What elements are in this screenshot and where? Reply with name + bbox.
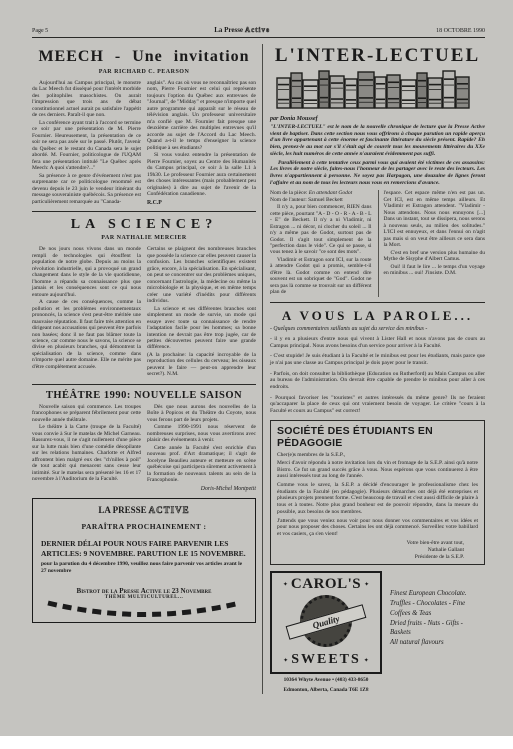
paragraph: La science et ses différentes branches s… <box>147 306 256 351</box>
article-theatre: THÉÂTRE 1990: NOUVELLE SAISON Nouvelle s… <box>32 390 256 492</box>
books-row-graphic-icon <box>276 69 480 109</box>
science-headline: LA SCIENCE? <box>32 217 256 233</box>
comment-paragraph: - il y en a plusieurs d'entre nous qui v… <box>270 336 485 349</box>
meech-headline: MEECH - Une invitation <box>32 48 256 66</box>
sep-headline: SOCIÉTÉ DES ÉTUDIANTS EN PÉDAGOGIE <box>277 425 478 449</box>
paragraph: Dès que nous aurons des nouvelles de la … <box>147 404 256 423</box>
review-piece-line: Nom de la pièce: En attendant Godot <box>270 190 372 197</box>
meech-col2: anglais". Au cas où vous ne reconnaîtrie… <box>147 80 256 206</box>
quality-emblem: Quality <box>294 595 358 651</box>
sep-closing: Votre bien-être avant tout, Nathalie Gal… <box>277 540 478 561</box>
deadline-text: DERNIER DÉLAI POUR NOUS FAIRE PARVENIR L… <box>41 539 247 559</box>
paragraph: Si vous voulez entendre la présentation … <box>147 152 256 197</box>
science-col2: Certains se plaignent des nombreuses bra… <box>147 246 256 379</box>
paragraph: A cause de ces conséquences, comme la po… <box>32 299 141 370</box>
carols-ad: ✦CAROL'S✦ Quality ✦SWEETS✦ 10364 Whyte A… <box>270 571 485 694</box>
science-byline: PAR NATHALIE MERCIER <box>32 235 256 241</box>
paragraph: J'attends que vous veniez nous voir pour… <box>277 518 478 538</box>
paragraph: anglais". Au cas où vous ne reconnaîtrie… <box>147 80 256 151</box>
intro-paragraph: Parallèlement à cette tentative ceux par… <box>270 160 485 187</box>
diamond-icon: ✦ <box>283 581 288 588</box>
ad-address-line1: 10364 Whyte Avenue • (403) 433-8650 <box>270 677 382 684</box>
carols-logo-box: ✦CAROL'S✦ Quality ✦SWEETS✦ <box>270 571 382 674</box>
signature-title: Présidente de la S.E.P. <box>277 554 464 561</box>
article-science: LA SCIENCE? PAR NATHALIE MERCIER De nos … <box>32 217 256 379</box>
interlectuel-byline: par Donia Moussef <box>270 116 485 122</box>
meech-byline: PAR RICHARD C. PEARSON <box>32 69 256 75</box>
paragraph: C'est en bref une version plus humaine d… <box>384 250 486 263</box>
ad-line: All natural flavours <box>390 638 485 648</box>
ad-line: Finest European Chocolate. <box>390 589 485 599</box>
paragraph: De nos jours nous vivons dans un monde r… <box>32 246 141 298</box>
comment-paragraph: - Parfois, on doit consulter la biblioth… <box>270 371 485 391</box>
paragraph: Aujourd'hui au Campus principal, le mons… <box>32 80 141 119</box>
section-rule <box>270 302 485 303</box>
masthead: La PresseActive <box>214 26 270 34</box>
theatre-signature: Doris-Michel Montpetit <box>147 486 256 492</box>
deadline-note: pour la parution du 4 décembre 1990, veu… <box>41 561 247 575</box>
article-interlectuel: L'INTER-LECTUEL par Donia Moussef "L'INT… <box>270 45 485 297</box>
section-rule <box>32 211 256 212</box>
page-header: Page 5 La PresseActive 18 OCTOBRE 1990 <box>32 26 485 34</box>
paragraph: La conférence ayant trait à l'accord se … <box>32 120 141 172</box>
announcement-box: LA PRESSEACTIVE PARAÎTRA PROCHAINEMENT :… <box>32 498 256 624</box>
piece-title: En attendant Godot <box>309 190 352 196</box>
paragraph: Oui! il faut le lire ... le temps d'un v… <box>384 264 486 277</box>
meech-col1: Aujourd'hui au Campus principal, le mons… <box>32 80 141 206</box>
presse-box-title: LA PRESSEACTIVE <box>41 505 247 515</box>
masthead-main: La Presse <box>214 26 243 34</box>
meech-signature: R.C.P <box>147 200 256 206</box>
article-meech: MEECH - Une invitation PAR RICHARD C. PE… <box>32 48 256 206</box>
signature-name: Nathalie Gallant <box>277 547 464 554</box>
paragraph: Certains se plaignent des nombreuses bra… <box>147 246 256 304</box>
diamond-icon: ✦ <box>283 657 288 664</box>
page-number: Page 5 <box>32 28 48 34</box>
paragraph: Sa présence à ce genre d'événement n'est… <box>32 173 141 205</box>
science-col1: De nos jours nous vivons dans un monde r… <box>32 246 141 379</box>
review-col1: Nom de la pièce: En attendant Godot Nom … <box>270 190 372 297</box>
paragraph: Comme 1990-1991 nous réservent de nombre… <box>147 424 256 443</box>
ad-copy: Finest European Chocolate. Truffles - Ch… <box>390 571 485 694</box>
issue-date: 18 OCTOBRE 1990 <box>436 28 485 34</box>
ad-line: Truffles - Chocolates - Fine Coffees & T… <box>390 599 485 619</box>
paragraph: Comme vous le savez, la S.E.P. a décidé … <box>277 482 478 516</box>
comment-paragraph: - Pourquoi favoriser les "touristes" et … <box>270 395 485 415</box>
author-label: Nom de l'auteur: <box>270 197 307 203</box>
ad-sweets-label: SWEETS <box>291 652 361 668</box>
diamond-icon: ✦ <box>364 581 369 588</box>
sep-section: SOCIÉTÉ DES ÉTUDIANTS EN PÉDAGOGIE Cher(… <box>270 420 485 565</box>
paragraph: Le théâtre à la Carte (troupe de la Facu… <box>32 424 141 482</box>
paragraph: Nouvelle saison qui commence. Les troupe… <box>32 404 141 423</box>
right-column: L'INTER-LECTUEL par Donia Moussef "L'INT… <box>262 44 485 694</box>
section-parole: A VOUS LA PAROLE... - Quelques commentai… <box>270 308 485 415</box>
presse-subtitle: PARAÎTRA PROCHAINEMENT : <box>41 522 247 531</box>
ad-brand-name: CAROL'S <box>291 576 361 593</box>
review-author-line: Nom de l'auteur: Samuel Beckett <box>270 197 372 204</box>
theatre-col2: Dès que nous aurons des nouvelles de la … <box>147 404 256 492</box>
intro-paragraph: "L'INTER-LECTUEL" est le nom de la nouve… <box>270 124 485 158</box>
paragraph: Il n'y a, pour bien commencer, RIEN dans… <box>270 204 372 256</box>
paragraph: l'espace. Cet espace même n'en est pas u… <box>384 190 486 248</box>
author-name: Samuel Beckett <box>308 197 343 203</box>
parole-headline: A VOUS LA PAROLE... <box>270 308 485 324</box>
paragraph: Vladimir et Estragon sont ICI, sur la ro… <box>270 257 372 296</box>
newspaper-page: Page 5 La PresseActive 18 OCTOBRE 1990 M… <box>0 0 513 736</box>
theatre-col1: Nouvelle saison qui commence. Les troupe… <box>32 404 141 492</box>
review-col2: l'espace. Cet espace même n'en est pas u… <box>378 190 486 297</box>
header-rule <box>32 37 485 38</box>
ad-line: Dried fruits - Nuts - Gifts - Baskets <box>390 619 485 639</box>
section-rule <box>32 384 256 385</box>
left-column: MEECH - Une invitation PAR RICHARD C. PE… <box>32 44 262 694</box>
presse-title-accent: ACTIVE <box>149 505 190 515</box>
piece-label: Nom de la pièce: <box>270 190 307 196</box>
ad-address-line2: Edmonton, Alberta, Canada T6E 1Z8 <box>270 687 382 694</box>
paragraph: Cette année la Faculté s'est enrichie d'… <box>147 445 256 484</box>
paragraph: (A la prochaine: la capacité incroyable … <box>147 352 256 378</box>
parole-subtitle: - Quelques commentaires saillants au suj… <box>270 326 485 332</box>
paragraph: Merci d'avoir répondu à notre invitation… <box>277 460 478 480</box>
sep-salutation: Cher(e)s membres de la S.E.P., <box>277 452 478 458</box>
masthead-accent: Active <box>245 26 270 34</box>
presse-title-main: LA PRESSE <box>98 505 146 515</box>
closing-line: Votre bien-être avant tout, <box>277 540 464 547</box>
theatre-headline: THÉÂTRE 1990: NOUVELLE SAISON <box>32 390 256 401</box>
comment-paragraph: - C'est stupide! Je suis étudiant à la F… <box>270 353 485 366</box>
interlectuel-headline: L'INTER-LECTUEL <box>270 45 485 67</box>
diamond-icon: ✦ <box>364 657 369 664</box>
dashed-arc-ornament-icon <box>44 600 244 620</box>
